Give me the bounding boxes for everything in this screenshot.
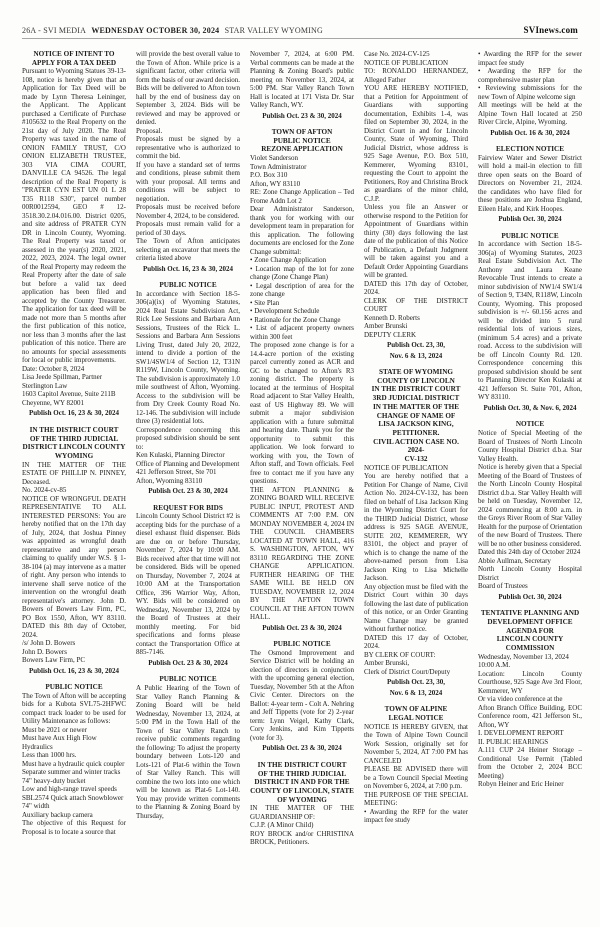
notice-paragraph: SBL2574 Quick attach Snowblower 74" widt… (22, 794, 126, 811)
notice-paragraph: Any objection must be filed with the Dis… (364, 583, 468, 634)
notice-heading-line: ELECTION NOTICE (478, 145, 582, 154)
notice-paragraph: Dear Administrator Sanderson, thank you … (250, 205, 354, 256)
legal-notice: ELECTION NOTICEFairview Water and Sewer … (478, 145, 582, 224)
notice-paragraph: In accordance with Section 18-5-306(a) o… (478, 240, 582, 402)
notice-paragraph: YOU ARE HEREBY NOTIFIED, that a Petition… (364, 84, 468, 203)
notice-heading-line: IN THE MATTER OF THE (364, 403, 468, 412)
notice-paragraph: • Awarding the RFP for the water impact … (364, 808, 468, 825)
notice-paragraph: DATED this 17 day of October, 2024. (364, 634, 468, 651)
notice-paragraph: Unless you file an Answer or otherwise r… (364, 203, 468, 280)
publish-line: Publish Oct. 23 & 30, 2024 (136, 659, 240, 668)
notice-paragraph: The Osmond Improvement and Service Distr… (250, 649, 354, 743)
notice-heading-line: IN THE DISTRICT COURT (22, 426, 126, 435)
news-column-2: will provide the best overall value to t… (136, 50, 240, 919)
notice-paragraph: C.J.P. (A Minor Child) (250, 821, 354, 830)
notice-heading-line: DISTRICT IN AND FOR THE (250, 778, 354, 787)
notice-paragraph: I. DEVELOPMENT REPORT (478, 729, 582, 738)
notice-paragraph: Or via video conference at the (478, 695, 582, 704)
notice-paragraph: In accordance with Section 18-5-306(a)(i… (136, 290, 240, 426)
notice-paragraph: THE AFTON PLANNING & ZONING BOARD WILL R… (250, 486, 354, 622)
notice-paragraph: Must have a hydraulic quick coupler (22, 760, 126, 769)
newspaper-page: 26A - SVI MEDIA WEDNESDAY OCTOBER 30, 20… (0, 0, 600, 927)
notice-heading-line: STATE OF WYOMING (364, 368, 468, 377)
publish-line: Nov. 6 & 13, 2024 (364, 352, 468, 361)
notice-paragraph: Afton, Wyoming 83110 (136, 477, 240, 486)
notice-paragraph: IN THE MATTER OF THE ESTATE OF PHILLIP N… (22, 461, 126, 487)
notice-paragraph: Robyn Heiner and Eric Heiner (478, 780, 582, 789)
notice-heading-line: PUBLIC NOTICE (250, 137, 354, 146)
notice-paragraph: Must have Aux High Flow Hydraulics (22, 734, 126, 751)
notice-paragraph: Sterlington Law (22, 382, 126, 391)
legal-notice: PUBLIC NOTICEIn accordance with Section … (136, 281, 240, 496)
notice-paragraph: Wednesday, November 13, 2024 (478, 653, 582, 662)
legal-notices-columns: NOTICE OF INTENT TOAPPLY FOR A TAX DEEDP… (22, 50, 582, 919)
notice-paragraph: • Legal description of area for the zone… (250, 282, 354, 299)
notice-heading-line: OF WYOMING (250, 796, 354, 805)
news-column-4: Case No. 2024-CV-125NOTICE OF PUBLICATIO… (364, 50, 468, 919)
legal-notice: PUBLIC NOTICEThe Town of Afton will be a… (22, 683, 126, 836)
notice-paragraph: RE: Zone Change Application – Ted Frome … (250, 188, 354, 205)
notice-paragraph: • Awarding the RFP for the sewer impact … (478, 50, 582, 67)
notice-heading-line: REQUEST FOR BIDS (136, 504, 240, 513)
notice-heading-line: TOWN OF ALPINE (364, 705, 468, 714)
news-column-3: November 7, 2024, at 6:00 PM. Verbal com… (250, 50, 354, 919)
notice-paragraph: Auxiliary backup camera (22, 811, 126, 820)
notice-paragraph: Correspondence concerning this proposed … (136, 426, 240, 452)
notice-paragraph: Lisa Jeede Spillman, Partner (22, 373, 126, 382)
legal-notice: PUBLIC NOTICEIn accordance with Section … (478, 232, 582, 413)
legal-notice: Case No. 2024-CV-125NOTICE OF PUBLICATIO… (364, 50, 468, 360)
notice-heading-line: PUBLIC NOTICE (478, 232, 582, 241)
notice-heading-line: TENTATIVE PLANNING AND (478, 609, 582, 618)
edition-label: 26A - SVI MEDIA (22, 26, 86, 35)
notice-paragraph: DEPUTY CLERK (364, 331, 468, 340)
notice-paragraph: Separate summer and winter tracks (22, 768, 126, 777)
publish-line: Publish Oct. 30, 2024 (478, 593, 582, 602)
notice-paragraph: Low and high-range travel speeds (22, 785, 126, 794)
notice-heading-line: 3RD JUDICIAL DISTRICT (364, 394, 468, 403)
notice-paragraph: Less than 1000 hrs. (22, 751, 126, 760)
header-divider (22, 38, 578, 39)
notice-paragraph: THE PURPOSE OF THE SPECIAL MEETING: (364, 791, 468, 808)
legal-notice: PUBLIC NOTICEThe Osmond Improvement and … (250, 640, 354, 753)
notice-heading-line: NOTICE OF INTENT TO (22, 50, 126, 59)
legal-notice: NOTICE OF INTENT TOAPPLY FOR A TAX DEEDP… (22, 50, 126, 418)
notice-heading-line: PUBLIC NOTICE (250, 640, 354, 649)
notice-paragraph: 421 Jefferson Street, Ste 701 (136, 468, 240, 477)
notice-heading-line: IN THE DISTRICT COURT (250, 761, 354, 770)
issue-location: STAR VALLEY WYOMING (225, 26, 323, 35)
legal-notice: • Awarding the RFP for the sewer impact … (478, 50, 582, 137)
notice-paragraph: Kenneth D. Roberts (364, 314, 468, 323)
notice-paragraph: Notice is hereby given that a Special Me… (478, 463, 582, 548)
notice-paragraph: Afton Branch Office Building, EOC Confer… (478, 704, 582, 730)
legal-notice: TOWN OF ALPINELEGAL NOTICENOTICE IS HERE… (364, 705, 468, 824)
page-header-left: 26A - SVI MEDIA WEDNESDAY OCTOBER 30, 20… (22, 26, 326, 35)
publish-line: Publish Oct. 23, 30, (364, 341, 468, 350)
notice-paragraph: NOTICE OF PUBLICATION (364, 59, 468, 68)
notice-paragraph: IN THE MATTER OF THE GUARDIANSHIP OF: (250, 804, 354, 821)
notice-paragraph: /s/ John D. Bowers (22, 639, 126, 648)
notice-paragraph: Notice of Special Meeting of the Board o… (478, 429, 582, 463)
notice-heading-line: LEGAL NOTICE (364, 714, 468, 723)
notice-heading-line: AGENDA FOR (478, 627, 582, 636)
notice-paragraph: • Zone Change Application (250, 256, 354, 265)
notice-paragraph: Town Administrator (250, 163, 354, 172)
notice-paragraph: Pursuant to Wyoming Statues 39-13-108, n… (22, 67, 126, 365)
notice-paragraph: NOTICE IS HEREBY GIVEN, that the Town of… (364, 723, 468, 766)
publish-line: Publish Oct. 23 & 30, 2024 (250, 624, 354, 633)
publish-line: Publish Oct. 16, 23 & 30, 2024 (22, 409, 126, 418)
notice-paragraph: Date: October 8, 2024 (22, 365, 126, 374)
notice-heading-line: REZONE APPLICATION (250, 145, 354, 154)
notice-paragraph: CLERK OF THE DISTRICT COURT (364, 297, 468, 314)
notice-heading-line: CIVIL ACTION CASE NO. 2024- (364, 438, 468, 455)
notice-heading-line: OF THE THIRD JUDICIAL (22, 435, 126, 444)
notice-heading-line: APPLY FOR A TAX DEED (22, 59, 126, 68)
notice-heading-line: CV-132 (364, 455, 468, 464)
publish-line: Publish Oct. 23 & 30, 2024 (250, 744, 354, 753)
notice-paragraph: • List of adjacent property owners withi… (250, 324, 354, 341)
legal-notice: PUBLIC NOTICEA Public Hearing of the Tow… (136, 675, 240, 820)
notice-paragraph: The objective of this Request for Propos… (22, 819, 126, 836)
notice-paragraph: • Rationale for the Zone Change (250, 316, 354, 325)
publish-line: Publish Oct. 16 & 30, 2024 (478, 129, 582, 138)
notice-paragraph: Ken Kulaski, Planning Director (136, 451, 240, 460)
notice-paragraph: Must be 2021 or newer (22, 726, 126, 735)
legal-notice: IN THE DISTRICT COURTOF THE THIRD JUDICI… (250, 761, 354, 847)
notice-heading-line: COMMISSION (478, 644, 582, 653)
publish-line: Publish Oct. 30, & Nov. 6, 2024 (478, 404, 582, 413)
page-header: 26A - SVI MEDIA WEDNESDAY OCTOBER 30, 20… (22, 25, 578, 35)
notice-paragraph: Office of Planning and Development (136, 460, 240, 469)
notice-paragraph: Violet Sanderson (250, 154, 354, 163)
notice-heading-line: PUBLIC NOTICE (22, 683, 126, 692)
notice-heading-line: WYOMING (22, 452, 126, 461)
notice-paragraph: You are hereby notified that a Petition … (364, 472, 468, 583)
notice-heading-line: PETITIONER. (364, 429, 468, 438)
legal-notice: TOWN OF AFTONPUBLIC NOTICEREZONE APPLICA… (250, 128, 354, 632)
notice-heading-line: LISA JACKSON KING, (364, 420, 468, 429)
legal-notice: IN THE DISTRICT COURTOF THE THIRD JUDICI… (22, 426, 126, 675)
publish-line: Nov. 6 & 13, 2024 (364, 689, 468, 698)
notice-paragraph: Location: Lincoln County Courthouse, 925… (478, 670, 582, 696)
notice-paragraph: The Town of Afton will be accepting bids… (22, 692, 126, 726)
notice-paragraph: • Location map of the lot for zone chang… (250, 265, 354, 282)
notice-paragraph: ROY BROCK and/or CHRISTINA BROCK, Petiti… (250, 830, 354, 847)
notice-paragraph: NOTICE OF WRONGFUL DEATH REPRESENTATIVE … (22, 495, 126, 640)
publish-line: Publish Oct. 16, 23 & 30, 2024 (136, 265, 240, 274)
notice-paragraph: • Awarding the RFP for the comprehensive… (478, 67, 582, 84)
legal-notice: NOTICENotice of Special Meeting of the B… (478, 420, 582, 601)
notice-paragraph: 1603 Capitol Avenue, Suite 211B (22, 390, 126, 399)
notice-paragraph: Amber Brunski (364, 322, 468, 331)
notice-paragraph: Proposals must remain valid for a period… (136, 220, 240, 237)
notice-paragraph: Case No. 2024-CV-125 (364, 50, 468, 59)
publish-line: Publish Oct. 16, 23 & 30, 2024 (22, 667, 126, 676)
notice-paragraph: No. 2024-cv-85 (22, 486, 126, 495)
notice-paragraph: Afton, WY 83110 (250, 180, 354, 189)
notice-paragraph: November 7, 2024, at 6:00 PM. Verbal com… (250, 50, 354, 110)
notice-paragraph: Bowers Law Firm, PC (22, 656, 126, 665)
publish-line: Publish Oct. 30, 2024 (478, 215, 582, 224)
notice-paragraph: Abbie Aullman, Secretary (478, 557, 582, 566)
notice-paragraph: DATED this 17th day of October, 2024. (364, 280, 468, 297)
notice-paragraph: NOTICE OF PUBLICATION (364, 464, 468, 473)
notice-heading-line: COUNTY OF LINCOLN, STATE (250, 787, 354, 796)
notice-paragraph: Lincoln County School District #2 is acc… (136, 512, 240, 657)
publish-line: Publish Oct. 23 & 30, 2024 (136, 487, 240, 496)
news-column-1: NOTICE OF INTENT TOAPPLY FOR A TAX DEEDP… (22, 50, 126, 919)
notice-paragraph: Cheyenne, WY 82001 (22, 399, 126, 408)
notice-heading-line: PUBLIC NOTICE (136, 281, 240, 290)
notice-heading-line: COUNTY OF LINCOLN (364, 377, 468, 386)
legal-notice: STATE OF WYOMINGCOUNTY OF LINCOLNIN THE … (364, 368, 468, 697)
legal-notice: will provide the best overall value to t… (136, 50, 240, 273)
notice-paragraph: Fairview Water and Sewer District will h… (478, 154, 582, 214)
notice-paragraph: • Reviewing submissions for the new Town… (478, 84, 582, 101)
notice-paragraph: All meetings will be held at the Alpine … (478, 101, 582, 127)
notice-paragraph: 10:00 A.M. (478, 661, 582, 670)
notice-heading-line: CHANGE OF NAME OF (364, 412, 468, 421)
news-column-5: • Awarding the RFP for the sewer impact … (478, 50, 582, 919)
notice-heading-line: IN THE DISTRICT COURT (364, 385, 468, 394)
notice-paragraph: The Town of Afton anticipates selecting … (136, 237, 240, 263)
notice-paragraph: A Public Hearing of the Town of Star Val… (136, 684, 240, 820)
notice-paragraph: PLEASE BE ADVISED there will be a Town C… (364, 765, 468, 791)
notice-heading-line: DISTRICT LINCOLN COUNTY (22, 443, 126, 452)
notice-heading-line: PUBLIC NOTICE (136, 675, 240, 684)
notice-heading-line: TOWN OF AFTON (250, 128, 354, 137)
legal-notice: November 7, 2024, at 6:00 PM. Verbal com… (250, 50, 354, 120)
publish-line: Publish Oct. 23 & 30, 2024 (250, 112, 354, 121)
notice-paragraph: North Lincoln County Hospital District (478, 565, 582, 582)
publish-line: Publish Oct. 23, 30, (364, 678, 468, 687)
notice-paragraph: II. PUBLIC HEARINGS (478, 738, 582, 747)
notice-heading-line: OF THE THIRD JUDICIAL (250, 770, 354, 779)
legal-notice: REQUEST FOR BIDSLincoln County School Di… (136, 504, 240, 668)
notice-paragraph: Amber Brunski, (364, 659, 468, 668)
notice-paragraph: If you have a standard set of terms and … (136, 161, 240, 204)
site-url: SVInews.com (524, 25, 578, 35)
notice-paragraph: Board of Trustees (478, 582, 582, 591)
notice-paragraph: • Development Schedule (250, 307, 354, 316)
notice-paragraph: TO: RONALDO HERNANDEZ, Alleged Father (364, 67, 468, 84)
notice-paragraph: The proposed zone change is for a 14.4-a… (250, 341, 354, 486)
notice-paragraph: A.111 CUP 24 Heiner Storage – Conditiona… (478, 746, 582, 780)
issue-date: WEDNESDAY OCTOBER 30, 2024 (91, 26, 219, 35)
notice-paragraph: • Site Plan (250, 299, 354, 308)
notice-paragraph: 74" heavy-duty bucket (22, 777, 126, 786)
notice-paragraph: Dated this 24th day of October 2024 (478, 548, 582, 557)
notice-paragraph: Proposals must be signed by a representa… (136, 135, 240, 161)
notice-paragraph: will provide the best overall value to t… (136, 50, 240, 127)
notice-paragraph: BY CLERK OF COURT: (364, 651, 468, 660)
notice-paragraph: Clerk of District Court/Deputy (364, 668, 468, 677)
notice-paragraph: Proposal. (136, 127, 240, 136)
legal-notice: TENTATIVE PLANNING ANDDEVELOPMENT OFFICE… (478, 609, 582, 789)
notice-paragraph: Proposals must be received before Novemb… (136, 203, 240, 220)
notice-paragraph: John D. Bowers (22, 648, 126, 657)
notice-paragraph: P.O. Box 310 (250, 171, 354, 180)
notice-heading-line: NOTICE (478, 420, 582, 429)
notice-heading-line: LINCOLN COUNTY (478, 635, 582, 644)
notice-heading-line: DEVELOPMENT OFFICE (478, 618, 582, 627)
